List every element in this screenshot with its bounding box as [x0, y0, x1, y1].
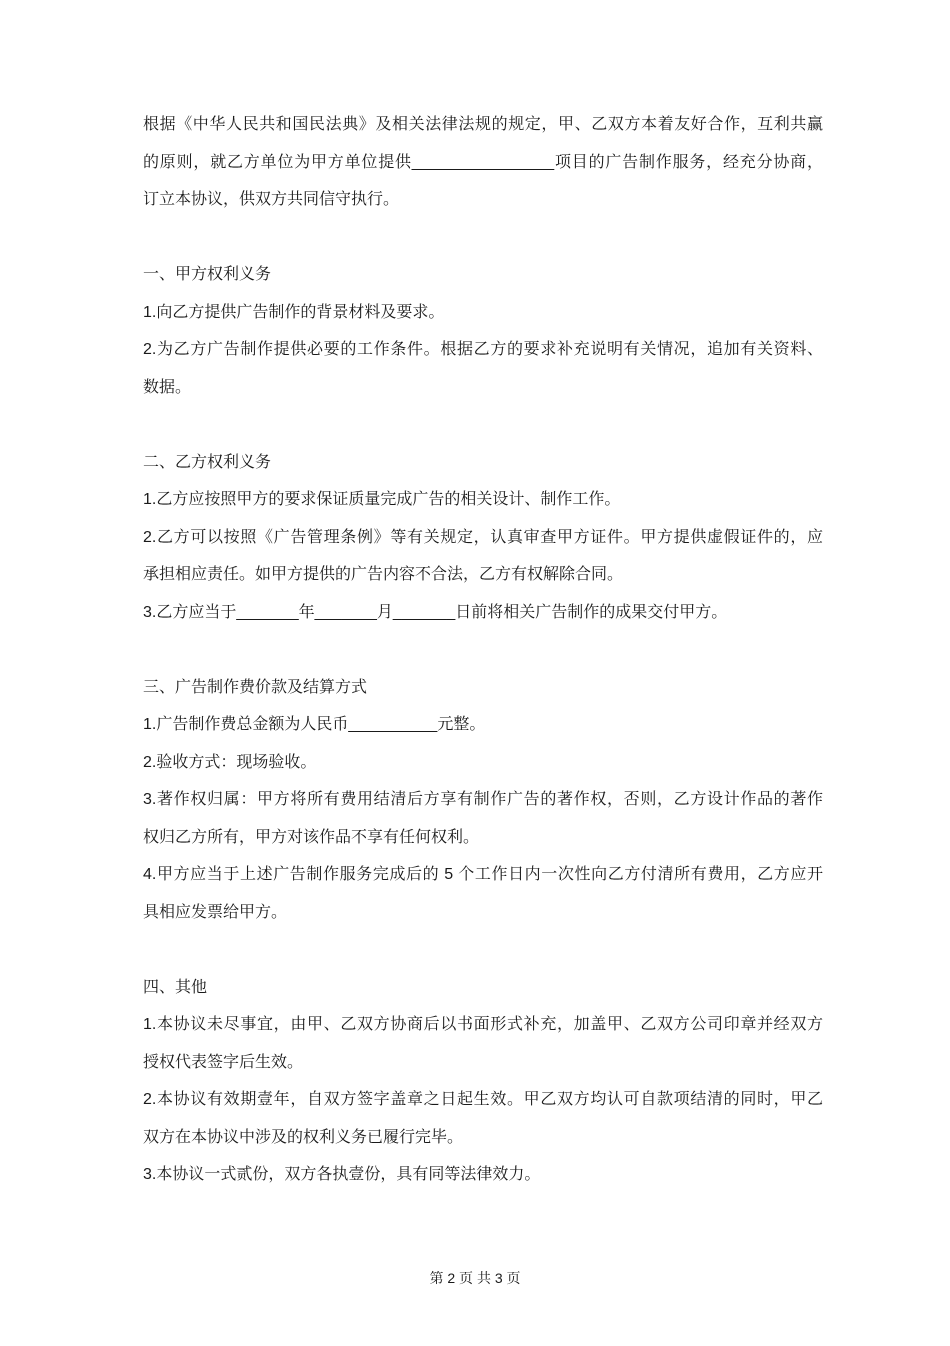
contract-clause-line: 1.乙方应按照甲方的要求保证质量完成广告的相关设计、制作工作。 [143, 481, 823, 519]
intro-paragraph-line: 根据《中华人民共和国民法典》及相关法律法规的规定，甲、乙双方本着友好合作，互利共… [143, 106, 823, 144]
page-number-text: 第 2 页 共 3 页 [429, 1270, 520, 1286]
heading-party-b-rights: 二、乙方权利义务 [143, 444, 823, 482]
heading-party-a-rights: 一、甲方权利义务 [143, 256, 823, 294]
contract-clause-line: 1.本协议未尽事宜，由甲、乙双方协商后以书面形式补充，加盖甲、乙双方公司印章并经… [143, 1006, 823, 1044]
contract-clause-line: 1.广告制作费总金额为人民币__________元整。 [143, 706, 823, 744]
heading-miscellaneous: 四、其他 [143, 969, 823, 1007]
contract-clause-line: 4.甲方应当于上述广告制作服务完成后的 5 个工作日内一次性向乙方付清所有费用，… [143, 856, 823, 894]
document-page: 根据《中华人民共和国民法典》及相关法律法规的规定，甲、乙双方本着友好合作，互利共… [0, 0, 950, 1346]
contract-clause-line: 具相应发票给甲方。 [143, 894, 823, 932]
paragraph-spacer [143, 406, 823, 444]
paragraph-spacer [143, 931, 823, 969]
contract-clause-line: 承担相应责任。如甲方提供的广告内容不合法，乙方有权解除合同。 [143, 556, 823, 594]
contract-clause-line: 2.本协议有效期壹年，自双方签字盖章之日起生效。甲乙双方均认可自款项结清的同时，… [143, 1081, 823, 1119]
intro-paragraph-line: 的原则，就乙方单位为甲方单位提供________________项目的广告制作服… [143, 144, 823, 182]
paragraph-spacer [143, 219, 823, 257]
contract-clause-line: 2.为乙方广告制作提供必要的工作条件。根据乙方的要求补充说明有关情况，追加有关资… [143, 331, 823, 369]
contract-clause-line: 3.著作权归属：甲方将所有费用结清后方享有制作广告的著作权，否则，乙方设计作品的… [143, 781, 823, 819]
contract-clause-line: 1.向乙方提供广告制作的背景材料及要求。 [143, 294, 823, 332]
contract-clause-line: 2.乙方可以按照《广告管理条例》等有关规定，认真审查甲方证件。甲方提供虚假证件的… [143, 519, 823, 557]
contract-clause-line: 2.验收方式：现场验收。 [143, 744, 823, 782]
heading-fees-settlement: 三、广告制作费价款及结算方式 [143, 669, 823, 707]
contract-clause-line: 权归乙方所有，甲方对该作品不享有任何权利。 [143, 819, 823, 857]
contract-clause-line: 授权代表签字后生效。 [143, 1044, 823, 1082]
contract-clause-line: 3.乙方应当于_______年_______月_______日前将相关广告制作的… [143, 594, 823, 632]
contract-clause-line: 双方在本协议中涉及的权利义务已履行完毕。 [143, 1119, 823, 1157]
intro-paragraph-line: 订立本协议，供双方共同信守执行。 [143, 181, 823, 219]
contract-clause-line: 数据。 [143, 369, 823, 407]
page-number-footer: 第 2 页 共 3 页 [0, 1260, 950, 1298]
paragraph-spacer [143, 631, 823, 669]
contract-body: 根据《中华人民共和国民法典》及相关法律法规的规定，甲、乙双方本着友好合作，互利共… [143, 106, 823, 1194]
contract-clause-line: 3.本协议一式贰份，双方各执壹份，具有同等法律效力。 [143, 1156, 823, 1194]
